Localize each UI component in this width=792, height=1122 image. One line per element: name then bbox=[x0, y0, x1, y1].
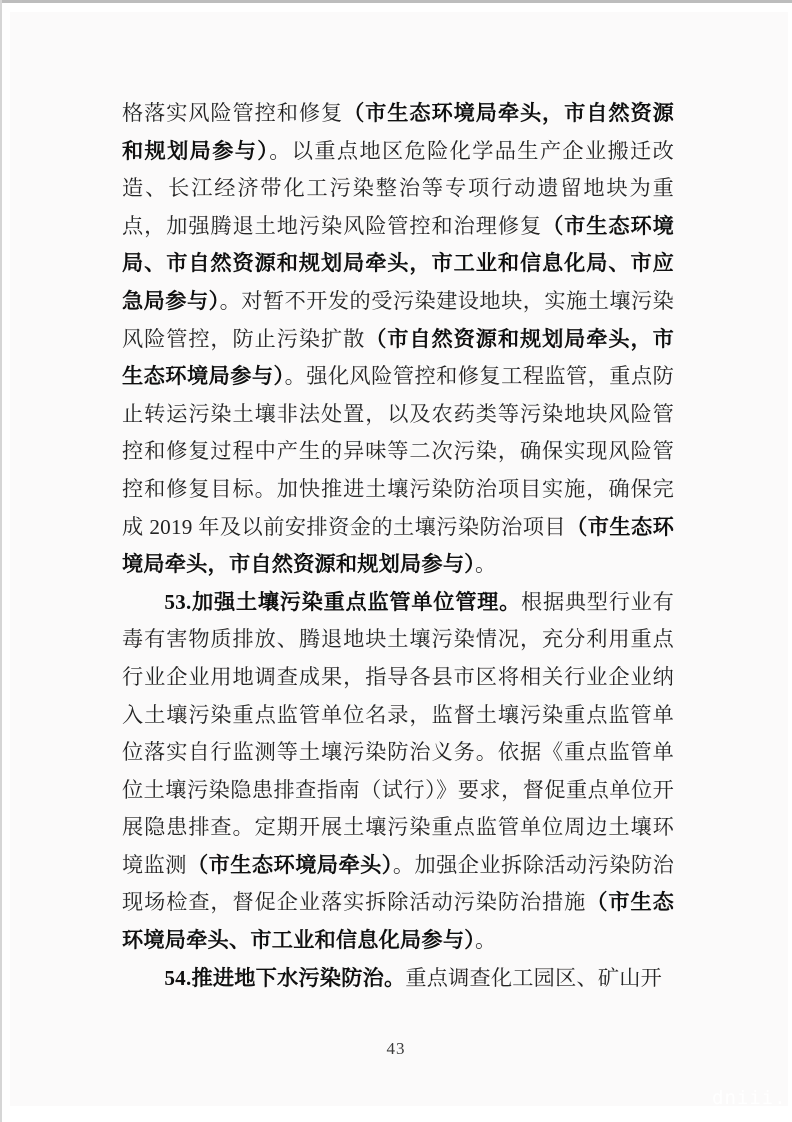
page-number: 43 bbox=[0, 1039, 792, 1059]
scan-edge-left bbox=[0, 0, 2, 1122]
text-run: 54.推进地下水污染防治。 bbox=[164, 966, 405, 990]
text-run: 根据典型行业有毒有害物质排放、腾退地块土壤污染情况，充分利用重点行业企业用地调查… bbox=[122, 590, 674, 877]
paragraph-item-54: 54.推进地下水污染防治。重点调查化工园区、矿山开 bbox=[122, 960, 674, 998]
text-run: 。 bbox=[475, 552, 496, 576]
text-run: 53.加强土壤污染重点监管单位管理。 bbox=[164, 590, 521, 614]
text-run: 。强化风险管控和修复工程监管，重点防止转运污染土壤非法处置，以及农药类等污染地块… bbox=[122, 364, 674, 538]
text-run: 格落实风险管控和修复 bbox=[122, 101, 343, 125]
text-run: （市生态环境局牵头） bbox=[187, 853, 393, 877]
text-run: 。 bbox=[475, 928, 496, 952]
scan-edge-top bbox=[0, 0, 792, 3]
watermark: dniii.co bbox=[712, 1087, 792, 1109]
paragraph-item-53: 53.加强土壤污染重点监管单位管理。根据典型行业有毒有害物质排放、腾退地块土壤污… bbox=[122, 584, 674, 960]
document-text: 格落实风险管控和修复（市生态环境局牵头，市自然资源和规划局参与）。以重点地区危险… bbox=[122, 95, 674, 997]
scanned-document: { "document": { "page_number": "43", "wa… bbox=[0, 0, 792, 1122]
paragraph-continuation: 格落实风险管控和修复（市生态环境局牵头，市自然资源和规划局参与）。以重点地区危险… bbox=[122, 95, 674, 584]
text-run: 重点调查化工园区、矿山开 bbox=[405, 966, 662, 990]
